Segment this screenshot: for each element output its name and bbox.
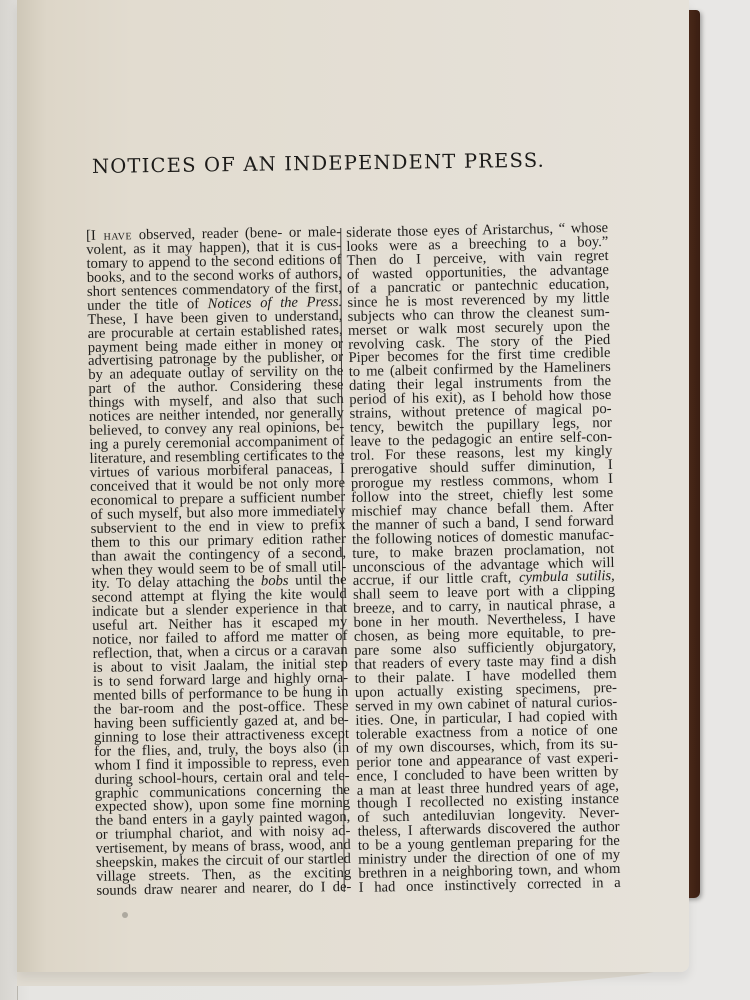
left-text-column: [I have observed, reader (bene- or male-… [86, 226, 351, 899]
paper-speck [122, 912, 128, 918]
right-text-column: siderate those eyes of Aristarchus, “ wh… [346, 222, 621, 896]
facing-page-edge [0, 0, 18, 1000]
